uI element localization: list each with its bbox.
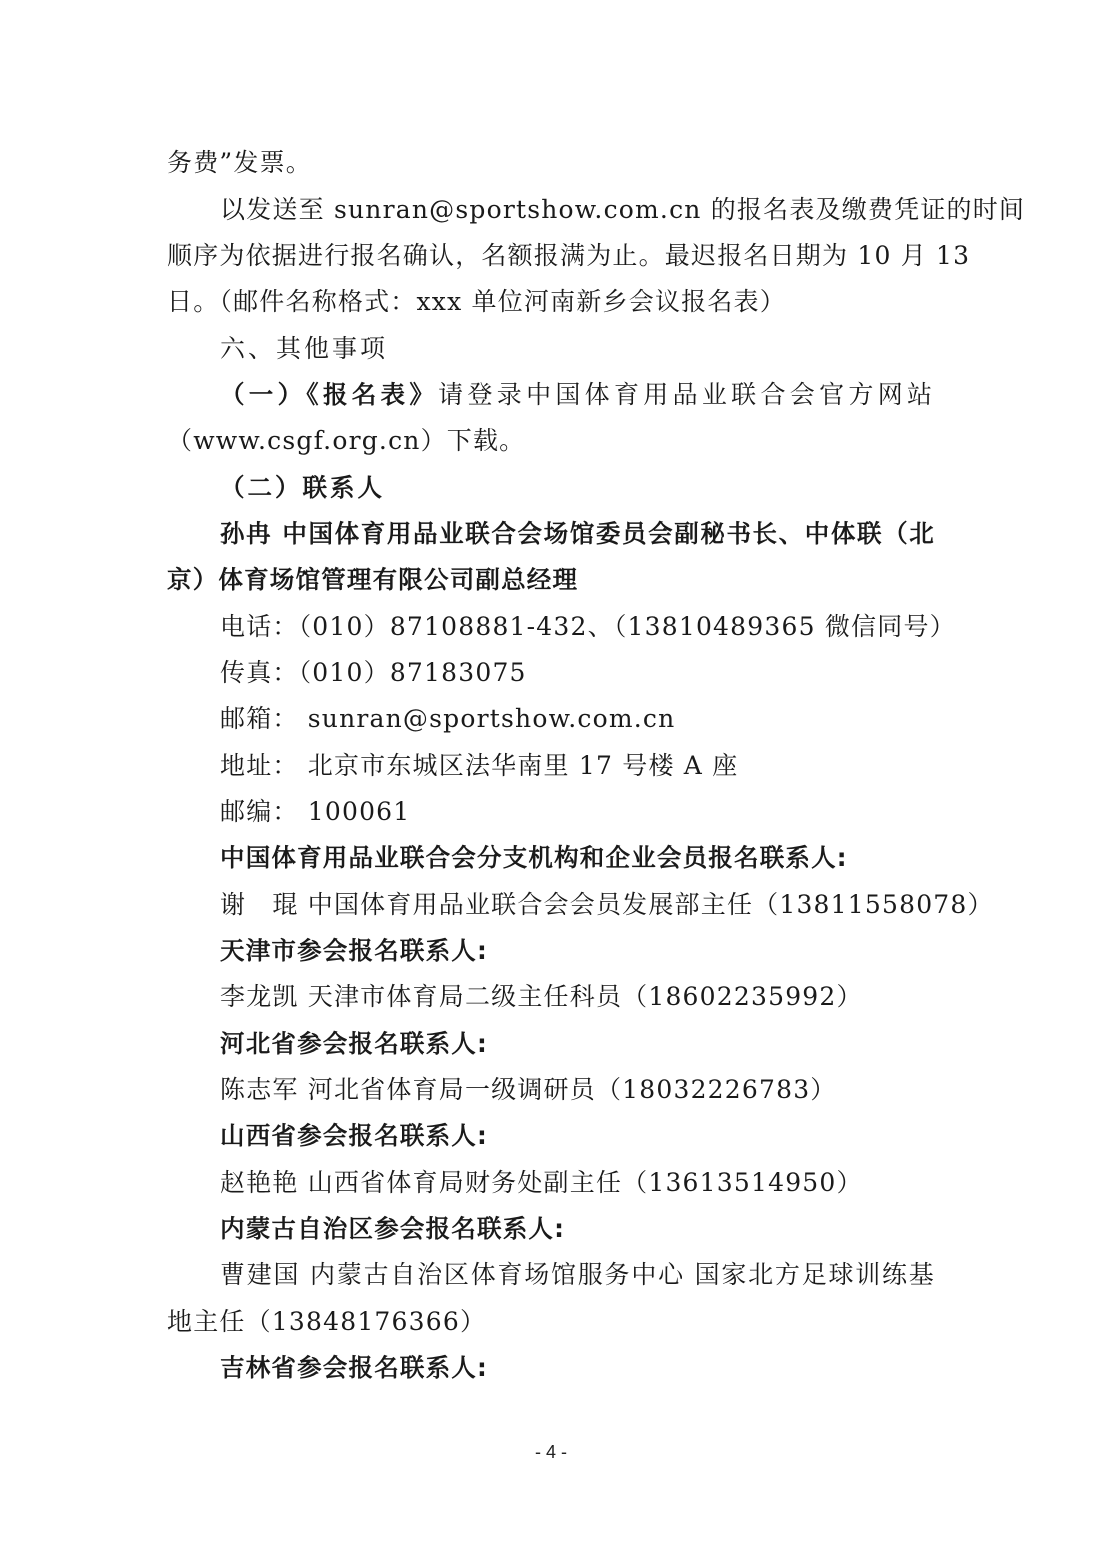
- phone-line: 电话：（010）87108881-432、（13810489365 微信同号）: [220, 604, 956, 650]
- contact-entry: 谢 琨 中国体育用品业联合会会员发展部主任（13811558078）: [220, 882, 994, 928]
- subsection-heading: （二）联系人: [220, 465, 385, 511]
- paragraph-text: 请登录中国体育用品业联合会官方网站: [438, 380, 935, 409]
- email-line: 邮箱： sunran@sportshow.com.cn: [220, 696, 675, 742]
- contact-entry: 陈志军 河北省体育局一级调研员（18032226783）: [220, 1067, 837, 1113]
- contact-entry: 地主任（13848176366）: [167, 1299, 486, 1345]
- section-heading: 六、其他事项: [220, 326, 388, 372]
- contact-entry: 曹建国 内蒙古自治区体育场馆服务中心 国家北方足球训练基: [220, 1252, 935, 1298]
- website-line: （www.csgf.org.cn）下载。: [167, 418, 525, 464]
- paragraph-line: 顺序为依据进行报名确认，名额报满为止。最迟报名日期为 10 月 13: [167, 233, 935, 279]
- contact-name-title: 京）体育场馆管理有限公司副总经理: [167, 557, 578, 603]
- paragraph-line: 务费”发票。: [167, 140, 312, 186]
- contact-name-title: 孙冉 中国体育用品业联合会场馆委员会副秘书长、中体联（北: [220, 511, 935, 557]
- address-line: 地址： 北京市东城区法华南里 17 号楼 A 座: [220, 743, 738, 789]
- contact-group-heading: 河北省参会报名联系人:: [220, 1021, 488, 1067]
- contact-entry: 赵艳艳 山西省体育局财务处副主任（13613514950）: [220, 1160, 863, 1206]
- contact-group-heading: 中国体育用品业联合会分支机构和企业会员报名联系人:: [220, 835, 848, 881]
- paragraph-line: 日。（邮件名称格式：xxx 单位河南新乡会议报名表）: [167, 279, 786, 325]
- subsection-heading: （一）《报名表》: [220, 380, 438, 409]
- paragraph-line: 以发送至 sunran@sportshow.com.cn 的报名表及缴费凭证的时…: [220, 187, 935, 233]
- contact-group-heading: 内蒙古自治区参会报名联系人:: [220, 1206, 565, 1252]
- contact-group-heading: 吉林省参会报名联系人:: [220, 1345, 488, 1391]
- contact-entry: 李龙凯 天津市体育局二级主任科员（18602235992）: [220, 974, 863, 1020]
- contact-group-heading: 天津市参会报名联系人:: [220, 928, 488, 974]
- postcode-line: 邮编： 100061: [220, 789, 410, 835]
- subsection-item-registration-form: （一）《报名表》请登录中国体育用品业联合会官方网站: [220, 372, 935, 418]
- fax-line: 传真：（010）87183075: [220, 650, 527, 696]
- contact-group-heading: 山西省参会报名联系人:: [220, 1113, 488, 1159]
- page-number: - 4 -: [0, 1442, 1102, 1463]
